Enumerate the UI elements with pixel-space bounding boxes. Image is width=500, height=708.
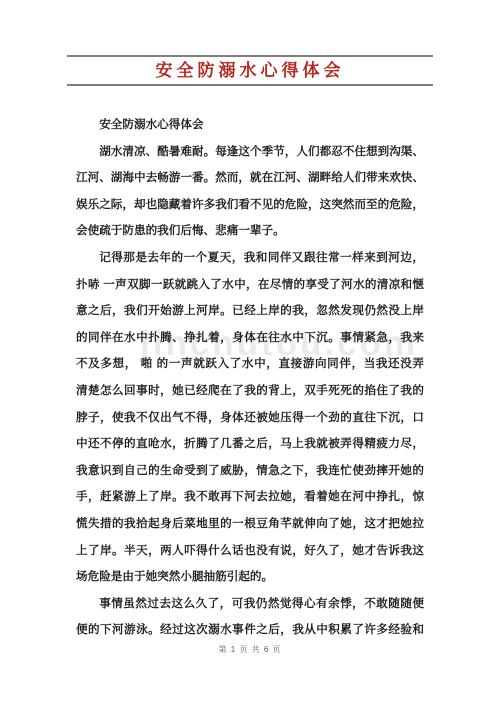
title-block: 安全防溺水心得体会 xyxy=(67,55,433,86)
title-rule-bottom xyxy=(67,84,433,86)
text-line: 上了岸。半天，两人吓得什么话也没有说，好久了，她才告诉我这 xyxy=(76,538,424,565)
text-line: 江河、湖海中去畅游一番。然而，就在江河、湖畔给人们带来欢快、 xyxy=(76,165,424,192)
section-heading: 安全防溺水心得体会 xyxy=(76,112,424,139)
text-line: 的同伴在水中扑腾、挣扎着，身体在往水中下沉。事情紧急，我来 xyxy=(76,325,424,352)
page-number: 第 1 页 共 6 页 xyxy=(0,644,500,655)
text-line: 意之后，我们开始游上河岸。已经上岸的我，忽然发现仍然没上岸 xyxy=(76,298,424,325)
text-line: 便的下河游泳。经过这次溺水事件之后，我从中积累了许多经验和 xyxy=(76,617,424,644)
text-line: 中还不停的直呛水，折腾了几番之后，马上我就被弄得精疲力尽， xyxy=(76,431,424,458)
text-line: 记得那是去年的一个夏天，我和同伴又跟往常一样来到河边， xyxy=(76,245,424,272)
document-body: 安全防溺水心得体会 湖水清凉、酷暑难耐。每逢这个季节，人们都忍不住想到沟渠、江河… xyxy=(76,112,424,644)
text-line: 我意识到自己的生命受到了威胁，情急之下，我连忙使劲摔开她的 xyxy=(76,458,424,485)
text-line: 脖子，使我不仅出气不得，身体还被她压得一个劲的直往下沉，口 xyxy=(76,405,424,432)
text-line: 娱乐之际，却也隐藏着许多我们看不见的危险，这突然而至的危险， xyxy=(76,192,424,219)
text-line: 不及多想， 啪 的一声就跃入了水中，直接游向同伴，当我还没弄 xyxy=(76,351,424,378)
text-line: 湖水清凉、酷暑难耐。每逢这个季节，人们都忍不住想到沟渠、 xyxy=(76,139,424,166)
text-line: 慌失措的我拾起身后菜地里的一根豆角芊就伸向了她，这才把她拉 xyxy=(76,511,424,538)
text-line: 手，赶紧游上了岸。我不敢再下河去拉她，看着她在河中挣扎，惊 xyxy=(76,484,424,511)
text-line: 会使疏于防患的我们后悔、悲痛一辈子。 xyxy=(76,218,424,245)
text-line: 场危险是由于她突然小腿抽筋引起的。 xyxy=(76,564,424,591)
document-page: 安全防溺水心得体会 jinchutou.com 安全防溺水心得体会 湖水清凉、酷… xyxy=(0,0,500,708)
page-title: 安全防溺水心得体会 xyxy=(67,57,433,84)
text-line: 扑哧 一声双脚一跃就跳入了水中，在尽情的享受了河水的清凉和惬 xyxy=(76,272,424,299)
text-line: 事情虽然过去这么久了，可我仍然觉得心有余悸，不敢随随便 xyxy=(76,591,424,618)
text-line: 清楚怎么回事时，她已经爬在了我的背上，双手死死的掐住了我的 xyxy=(76,378,424,405)
